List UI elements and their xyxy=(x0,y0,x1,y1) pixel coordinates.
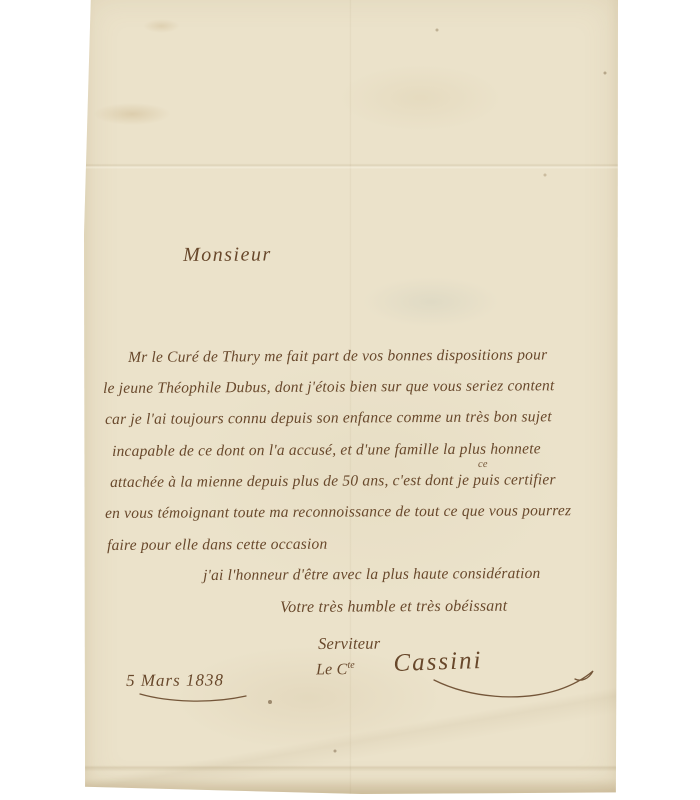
letter-scan: Monsieur Mr le Curé de Thury me fait par… xyxy=(0,0,700,800)
signature-name: Cassini xyxy=(393,647,483,678)
signature-prefix-sup: te xyxy=(347,660,354,671)
body-line-5: attachée à la mienne depuis plus de 50 a… xyxy=(110,471,556,492)
signature-prefix-main: Le C xyxy=(316,661,348,678)
date: 5 Mars 1838 xyxy=(126,670,224,691)
body-line-6: en vous témoignant toute ma reconnoissan… xyxy=(105,502,571,523)
serviteur-line: Serviteur xyxy=(318,634,380,654)
valediction-line: Votre très humble et très obéissant xyxy=(280,598,507,617)
interline-insertion: ce xyxy=(478,459,488,470)
salutation: Monsieur xyxy=(183,243,272,267)
signature-prefix: Le Cte xyxy=(316,660,355,680)
body-line-1: Mr le Curé de Thury me fait part de vos … xyxy=(128,346,547,367)
body-line-4: incapable de ce dont on l'a accusé, et d… xyxy=(112,440,541,461)
closing-line: j'ai l'honneur d'être avec la plus haute… xyxy=(203,565,541,585)
body-line-7: faire pour elle dans cette occasion xyxy=(107,536,327,555)
body-line-2: le jeune Théophile Dubus, dont j'étois b… xyxy=(103,377,555,398)
body-line-3: car je l'ai toujours connu depuis son en… xyxy=(105,408,552,429)
